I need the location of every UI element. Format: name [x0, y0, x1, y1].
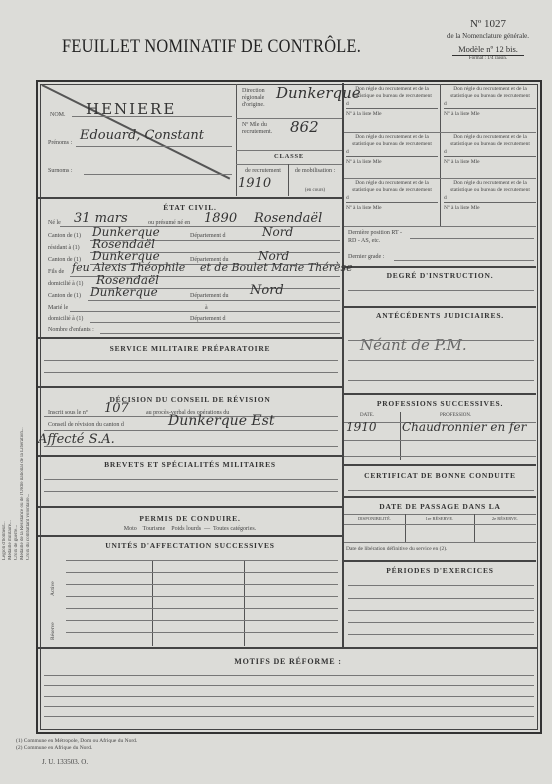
brevets-header: BREVETS ET SPÉCIALITÉS MILITAIRES — [38, 460, 342, 469]
domicilie2-label: domicilié à (1) — [48, 316, 83, 322]
prenoms-value: Edouard, Constant — [80, 128, 204, 143]
mere-value: et de Boulet Marie Thérèse — [200, 261, 353, 274]
inscrit-value: 107 — [104, 401, 129, 416]
passage-col-disponibilite: DISPONIBILITÉ. — [344, 516, 405, 521]
conseil-header: DÉCISION DU CONSEIL DE RÉVISION — [38, 395, 342, 404]
prenoms-label: Prénoms : — [48, 140, 72, 146]
matricule-value: 862 — [290, 118, 319, 136]
document-title: FEUILLET NOMINATIF DE CONTRÔLE. — [62, 36, 361, 58]
departement3-label: Département du — [190, 293, 228, 299]
birth-year-value: 1890 — [204, 211, 237, 226]
surnoms-label: Surnoms : — [48, 168, 73, 174]
form-reference: Nº 1027 de la Nomenclature générale. Mod… — [438, 18, 538, 62]
residant-label: résidant à (1) — [48, 245, 80, 251]
registry-box-4: Don régle du recrutement et de la statis… — [444, 134, 536, 165]
registry-box-2: Don régle du recrutement et de la statis… — [444, 86, 536, 117]
domicile-label: domicilié à (1) — [48, 281, 83, 287]
format-label: Format : 1/4 raisin. — [438, 56, 538, 62]
reserve-label: Réserve — [50, 610, 56, 640]
certificat-header: CERTIFICAT DE BONNE CONDUITE — [344, 471, 536, 480]
degre-instruction-header: DEGRÉ D'INSTRUCTION. — [344, 271, 536, 280]
recrutement-value: 1910 — [238, 176, 271, 191]
recrutement-label: de recrutement — [240, 168, 286, 174]
permis-options: Moto Tourisme Poids lourds — Toutes caté… — [38, 526, 342, 532]
conseil-value: Dunkerque Est — [168, 413, 274, 429]
registry-box-5: Don régle du recrutement et de la statis… — [346, 180, 438, 211]
nomenclature-label: de la Nomenclature générale. — [438, 32, 538, 41]
nom-label: NOM. — [50, 112, 66, 118]
classe-label: CLASSE — [236, 153, 342, 160]
direction-label: Direction régionale d'origine. — [242, 88, 278, 110]
antecedents-value: Néant de P.M. — [360, 336, 467, 354]
derniere-position-label: Dernière position RT - RD - AS, etc. — [348, 230, 408, 246]
canton3-label: Canton de (1) — [48, 293, 81, 299]
margin-notes: Légion d'honneur... Médaille militaire..… — [2, 260, 34, 600]
active-label: Active — [50, 566, 56, 596]
canton-label: Canton de (1) — [48, 233, 81, 239]
form-number: Nº 1027 — [438, 18, 538, 32]
enfants-label: Nombre d'enfants : — [48, 327, 94, 333]
departement3-value: Nord — [250, 283, 284, 298]
birth-place-value: Rosendaël — [254, 211, 322, 226]
departement-value: Nord — [262, 225, 293, 239]
prof-col-date: DATE. — [360, 413, 374, 418]
departement-label: Département d — [190, 233, 225, 239]
model-label: Modèle nº 12 bis. — [452, 44, 524, 57]
printer-code: J. U. 133503. O. — [42, 758, 88, 766]
passage-header: DATE DE PASSAGE DANS LA — [344, 502, 536, 511]
passage-col-reserve-1: 1re RÉSERVE. — [405, 516, 474, 521]
ne-le-value: 31 mars — [74, 211, 128, 226]
mobilisation-label: de mobilisation : — [290, 168, 340, 174]
prof-col-profession: PROFESSION. — [440, 413, 471, 418]
motifs-header: MOTIFS DE RÉFORME : — [38, 657, 538, 666]
registry-box-3: Don régle du recrutement et de la statis… — [346, 134, 438, 165]
permis-header: PERMIS DE CONDUIRE. — [38, 514, 342, 523]
conseil-label: Conseil de révision du canton d — [48, 422, 124, 428]
canton3-value: Dunkerque — [90, 285, 158, 299]
column-divider — [342, 83, 344, 647]
footnote-2: (2) Commune en Afrique du Nord. — [16, 745, 92, 751]
professions-header: PROFESSIONS SUCCESSIVES. — [344, 399, 536, 408]
fils-label: Fils de — [48, 269, 64, 275]
ne-le-label: Né le — [48, 220, 61, 226]
unites-header: UNITÉS D'AFFECTATION SUCCESSIVES — [38, 541, 342, 550]
registry-box-6: Don régle du recrutement et de la statis… — [444, 180, 536, 211]
footnote-1: (1) Commune en Métropole, Dom ou Afrique… — [16, 738, 137, 744]
liberation-label: Date de libération définitive du service… — [346, 546, 447, 552]
matricule-label: Nº Mle du recrutement. — [242, 122, 276, 136]
decision-value: Affecté S.A. — [38, 432, 115, 447]
smp-header: SERVICE MILITAIRE PRÉPARATOIRE — [38, 344, 342, 353]
mobilisation-note: (en cours) — [290, 188, 340, 193]
periodes-header: PÉRIODES D'EXERCICES — [344, 566, 536, 575]
registry-box-1: Don régle du recrutement et de la statis… — [346, 86, 438, 117]
dernier-grade-label: Dernier grade : — [348, 254, 384, 260]
profession-date-1: 1910 — [346, 420, 377, 434]
profession-value-1: Chaudronnier en fer — [402, 420, 526, 434]
passage-col-reserve-2: 2e RÉSERVE. — [474, 516, 536, 521]
antecedents-header: ANTÉCÉDENTS JUDICIAIRES. — [344, 311, 536, 320]
marie-label: Marié le — [48, 305, 68, 311]
